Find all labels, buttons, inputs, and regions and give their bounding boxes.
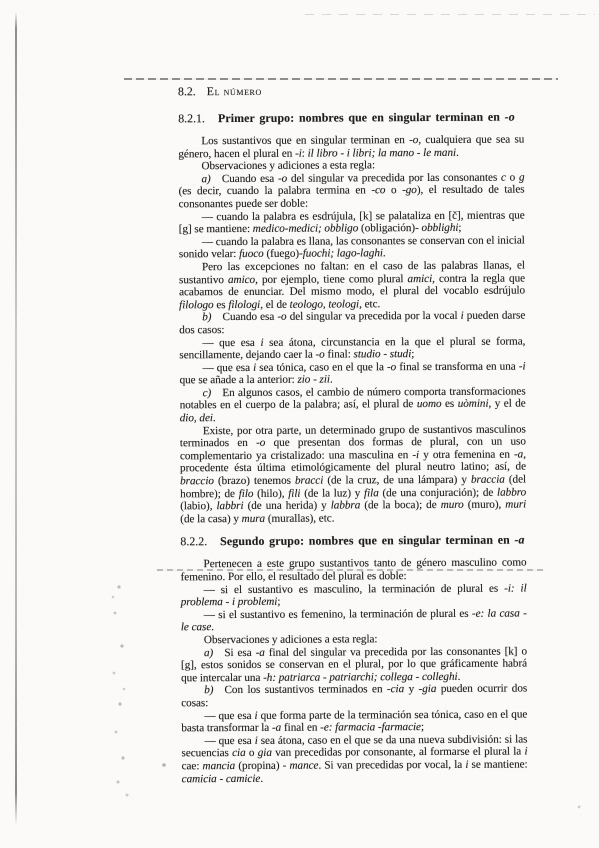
text-run: final: bbox=[325, 348, 354, 360]
text-run: o bbox=[385, 185, 402, 197]
paragraph: — que esa i sea átona, circunstancia en … bbox=[179, 335, 525, 362]
text-run: . Si van precedidas por vocal, la bbox=[318, 759, 465, 772]
text-run: (brazo) tenemos bbox=[214, 475, 295, 487]
text-run: . bbox=[458, 671, 461, 683]
text-run: . bbox=[260, 772, 263, 784]
running-header: 8.2.El número bbox=[178, 83, 524, 100]
text-run: Pertenecen a este grupo sustantivos tant… bbox=[181, 557, 527, 583]
text-run: , etc. bbox=[359, 298, 380, 310]
paragraph: b) Cuando esa -o del singular va precedi… bbox=[179, 310, 525, 337]
paragraph: Existe, por otra parte, un determinado g… bbox=[180, 423, 527, 526]
text-run: (de la luz) y bbox=[300, 487, 364, 499]
text-run: muri bbox=[505, 499, 526, 511]
text-run: fuochi; lago-laghi bbox=[303, 248, 383, 260]
text-run: labbri bbox=[216, 500, 243, 512]
text-run: se mantiene: bbox=[468, 758, 527, 770]
text-run: filologo bbox=[179, 299, 213, 311]
text-run: -a bbox=[272, 722, 281, 734]
text-run: -a bbox=[514, 533, 524, 547]
text-run: ; bbox=[421, 721, 424, 733]
text-run: -o bbox=[278, 173, 287, 185]
section-title: Segundo grupo: nombres que en singular t… bbox=[220, 533, 524, 549]
text-run: , el de bbox=[260, 298, 289, 310]
text-run: -i bbox=[519, 360, 526, 372]
text-run: -a bbox=[514, 448, 523, 460]
text-run: — que esa bbox=[202, 362, 253, 374]
text-run: braccio bbox=[180, 475, 214, 487]
text-run: final en bbox=[281, 722, 320, 734]
paragraph: — si el sustantivo es femenino, la termi… bbox=[181, 607, 527, 634]
text-run: ; bbox=[458, 222, 461, 234]
section: 8.2.1.Primer grupo: nombres que en singu… bbox=[178, 110, 526, 526]
text-run: Los sustantivos que en singular terminan… bbox=[201, 134, 409, 147]
text-run: sea tónica, caso en el que la bbox=[256, 361, 387, 374]
text-run: , por ejemplo, tiene como plural bbox=[255, 273, 408, 286]
text-run: fili bbox=[288, 487, 300, 499]
paragraph: b) Con los sustantivos terminados en -ci… bbox=[181, 683, 527, 710]
text-run: (de la boca); de bbox=[360, 499, 440, 511]
page-content: 8.2.El número 8.2.1.Primer grupo: nombre… bbox=[178, 83, 528, 786]
text-run: Cuando esa bbox=[211, 311, 277, 323]
paragraph: — cuando la palabra es llana, las conson… bbox=[179, 234, 525, 261]
text-run: studio - studi bbox=[353, 348, 411, 360]
text-run: (propina) - bbox=[235, 760, 289, 772]
paragraph: Pertenecen a este grupo sustantivos tant… bbox=[180, 557, 526, 584]
text-run: mance bbox=[289, 759, 318, 771]
text-run: -o bbox=[387, 361, 396, 373]
text-run: cia bbox=[232, 747, 246, 759]
text-run: ; bbox=[277, 596, 280, 608]
text-run: uòmini bbox=[458, 398, 489, 410]
text-run: -co bbox=[371, 185, 385, 197]
paragraph: — que esa i sea átona, caso en el que se… bbox=[181, 733, 527, 785]
section-number: 8.2.2. bbox=[180, 535, 207, 549]
text-run: -o bbox=[315, 349, 324, 361]
text-run: -gia bbox=[419, 683, 437, 695]
text-run: (fuego)- bbox=[264, 248, 303, 260]
paragraph: — que esa i que forma parte de la termin… bbox=[181, 708, 527, 735]
text-run: teologo, teologi bbox=[290, 298, 359, 310]
text-run: il libro - i libri; la mano - le mani bbox=[308, 146, 457, 159]
paragraph: — que esa i sea tónica, caso en el que l… bbox=[179, 360, 525, 387]
text-run: (es decir, cuando la palabra termina en bbox=[179, 185, 372, 198]
text-run: y otra femenina en bbox=[419, 448, 514, 460]
text-run: (murallas), etc. bbox=[265, 512, 334, 524]
text-run: Primer grupo: nombres que en singular te… bbox=[218, 110, 505, 126]
text-run: camicia - camicie bbox=[182, 772, 261, 784]
scan-speckles bbox=[0, 0, 2, 2]
text-run: mancia bbox=[203, 760, 236, 772]
text-run: (de una conjuración); de bbox=[379, 486, 497, 499]
text-run: del singular va precedida por las conson… bbox=[287, 171, 501, 184]
text-run: — que esa bbox=[204, 735, 254, 747]
text-run: labbra bbox=[331, 500, 361, 512]
text-run: del singular va precedida por la vocal bbox=[287, 310, 461, 323]
text-run: dio, dei bbox=[180, 412, 213, 424]
text-run: es bbox=[214, 299, 229, 311]
text-run: ; bbox=[411, 348, 414, 360]
text-run: i bbox=[524, 746, 527, 758]
text-run: -a bbox=[256, 646, 265, 658]
text-run: bracci bbox=[295, 475, 323, 487]
text-run: es bbox=[441, 398, 457, 410]
text-run: Con los sustantivos terminados en bbox=[213, 684, 387, 697]
text-run: cae: bbox=[182, 760, 203, 772]
sections-container: 8.2.1.Primer grupo: nombres que en singu… bbox=[178, 110, 528, 786]
text-run: gia bbox=[258, 747, 272, 759]
section-heading: 8.2.1.Primer grupo: nombres que en singu… bbox=[178, 110, 524, 127]
text-run: . bbox=[330, 374, 333, 386]
scan-page: { "colors": { "paper": "#fbfaf8", "ink":… bbox=[0, 0, 599, 848]
text-run: van precedidas por consonante, al formar… bbox=[272, 746, 525, 759]
text-run: o bbox=[246, 747, 258, 759]
text-run: Observaciones y adiciones a esta regla: bbox=[204, 633, 378, 646]
text-run: o bbox=[506, 171, 519, 183]
page-edge-line bbox=[15, 12, 17, 825]
paragraph: Pero las excepciones no faltan: en el ca… bbox=[179, 259, 525, 311]
text-run: b) bbox=[202, 311, 211, 323]
text-run: braccia bbox=[471, 474, 505, 486]
running-header-number: 8.2. bbox=[178, 84, 196, 98]
text-run: b) bbox=[204, 684, 213, 696]
text-run: (hilo), bbox=[253, 487, 288, 499]
text-run: mura bbox=[242, 513, 265, 525]
text-run: (obligación)- bbox=[358, 222, 421, 234]
text-run: fuoco bbox=[239, 248, 264, 260]
text-run: -cia bbox=[387, 683, 404, 695]
text-run: zio - zii bbox=[297, 374, 330, 386]
paragraph: — cuando la palabra es esdrújula, [k] se… bbox=[179, 209, 525, 236]
paragraph: a) Si esa -a final del singular va prece… bbox=[181, 645, 527, 685]
text-run: fila bbox=[364, 487, 379, 499]
text-run: . bbox=[213, 412, 216, 424]
paragraph: a) Cuando esa -o del singular va precedi… bbox=[178, 171, 524, 211]
text-run: Segundo grupo: nombres que en singular t… bbox=[220, 533, 514, 549]
section-title: Primer grupo: nombres que en singular te… bbox=[218, 110, 515, 126]
paragraph: — si el sustantivo es masculino, la term… bbox=[181, 582, 527, 609]
paragraph: c) En algunos casos, el cambio de número… bbox=[180, 385, 526, 425]
text-run: filo bbox=[239, 488, 254, 500]
section: 8.2.2.Segundo grupo: nombres que en sing… bbox=[180, 533, 527, 785]
text-run: que se añade a la anterior: bbox=[180, 374, 298, 387]
section-number: 8.2.1. bbox=[178, 111, 205, 125]
text-run: muro bbox=[441, 499, 464, 511]
text-run: , y el de bbox=[488, 398, 525, 410]
scan-streak-top bbox=[305, 14, 595, 15]
text-run: final se transforma en una bbox=[396, 360, 519, 373]
text-run: . bbox=[456, 146, 459, 158]
text-run: (de la cruz, de una lámpara) y bbox=[323, 474, 471, 487]
section-heading: 8.2.2.Segundo grupo: nombres que en sing… bbox=[180, 533, 526, 550]
text-run: — que esa bbox=[204, 709, 254, 721]
text-run: Cuando esa bbox=[211, 173, 278, 185]
text-run: amico bbox=[228, 273, 255, 285]
text-run: amici bbox=[408, 273, 433, 285]
text-run: y bbox=[404, 683, 418, 695]
text-run: medico-medici; obbligo bbox=[253, 223, 359, 236]
text-run: (de la casa) y bbox=[180, 513, 241, 525]
text-run: — si el sustantivo es femenino, la termi… bbox=[204, 608, 472, 621]
text-run: -e: farmacia -farmacie bbox=[320, 721, 421, 734]
text-run: a) bbox=[204, 647, 213, 659]
text-run: filologi bbox=[228, 299, 260, 311]
text-run: -o bbox=[505, 110, 515, 124]
text-run: Observaciones y adiciones a esta regla: bbox=[201, 159, 375, 172]
text-run: -go bbox=[402, 184, 417, 196]
text-run: . bbox=[211, 622, 214, 634]
text-run: a) bbox=[201, 173, 210, 185]
text-run: -o bbox=[409, 134, 418, 146]
text-run: uomo bbox=[417, 398, 442, 410]
scan-crease-top-rule bbox=[124, 78, 558, 80]
text-run: labbro bbox=[497, 486, 526, 498]
text-run: (muro), bbox=[464, 499, 506, 511]
text-run: Si esa bbox=[213, 646, 255, 658]
text-run: -h: patriarca - patriarchi; collega - co… bbox=[263, 671, 458, 684]
text-run: c) bbox=[203, 387, 212, 399]
text-run: obblighi bbox=[421, 222, 458, 234]
text-run: (de una herida) y bbox=[244, 500, 331, 512]
text-run: (labio), bbox=[180, 500, 216, 512]
paragraph: Los sustantivos que en singular terminan… bbox=[178, 134, 524, 161]
text-run: g bbox=[519, 171, 525, 183]
text-run: . bbox=[383, 248, 386, 260]
text-run: — que esa bbox=[202, 336, 260, 348]
running-header-title: El número bbox=[207, 84, 262, 98]
text-run: — si el sustantivo es masculino, la term… bbox=[204, 582, 505, 596]
